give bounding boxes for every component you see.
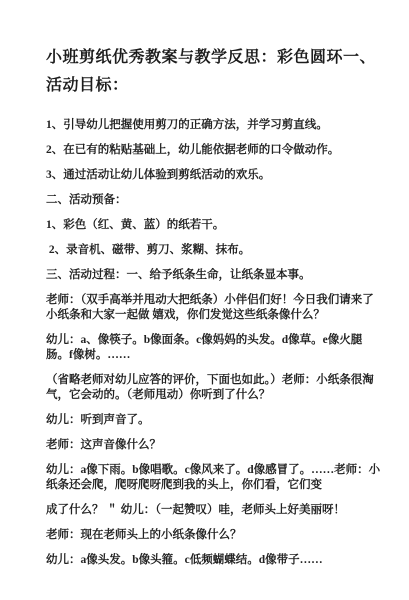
paragraph-teacher-note: （省略老师对幼儿应答的评价，下面也如此。）老师：小纸条很淘气，它会动的。（老师甩… <box>46 373 381 403</box>
paragraph-section-process: 三、活动过程：一、给予纸条生命，让纸条显本事。 <box>46 268 381 283</box>
paragraph-children-answers-2: 幼儿：a像下雨。b像唱歌。c像风来了。d像感冒了。……老师：小纸条还会爬，爬呀爬… <box>46 463 381 493</box>
paragraph-section-preparation: 二、活动预备： <box>46 193 381 208</box>
paragraph-goal-1: 1、引导幼儿把握使用剪刀的正确方法，并学习剪直线。 <box>46 118 381 133</box>
paragraph-children-heard: 幼儿：听到声音了。 <box>46 413 381 428</box>
page-title: 小班剪纸优秀教案与教学反思：彩色圆环一、活动目标： <box>46 44 381 100</box>
paragraph-children-exclaim: 成了什么？ ＂ 幼儿：（一起赞叹）哇，老师头上好美丽呀！ <box>46 503 381 518</box>
paragraph-material-1: 1、彩色（红、黄、蓝）的纸若干。 <box>46 218 381 233</box>
paragraph-goal-3: 3、通过活动让幼儿体验到剪纸活动的欢乐。 <box>46 168 381 183</box>
document-page: 小班剪纸优秀教案与教学反思：彩色圆环一、活动目标： 1、引导幼儿把握使用剪刀的正… <box>0 0 409 600</box>
paragraph-children-answers-1: 幼儿：a、像筷子。b像面条。c像妈妈的头发。d像草。e像火腿肠。f像树。…… <box>46 333 381 363</box>
paragraph-material-2: 2、录音机、磁带、剪刀、浆糊、抹布。 <box>46 243 381 258</box>
paragraph-teacher-intro: 老师：（双手高举并甩动大把纸条）小伴侣们好！今日我们请来了小纸条和大家一起做 嬉… <box>46 293 381 323</box>
paragraph-children-answers-3: 幼儿：a像头发。b像头箍。c低频蝴蝶结。d像带子…… <box>46 553 381 568</box>
paragraph-teacher-question-head: 老师：现在老师头上的小纸条像什么？ <box>46 528 381 543</box>
paragraph-teacher-question-sound: 老师：这声音像什么？ <box>46 438 381 453</box>
paragraph-goal-2: 2、在已有的粘贴基础上，幼儿能依据老师的口令做动作。 <box>46 143 381 158</box>
